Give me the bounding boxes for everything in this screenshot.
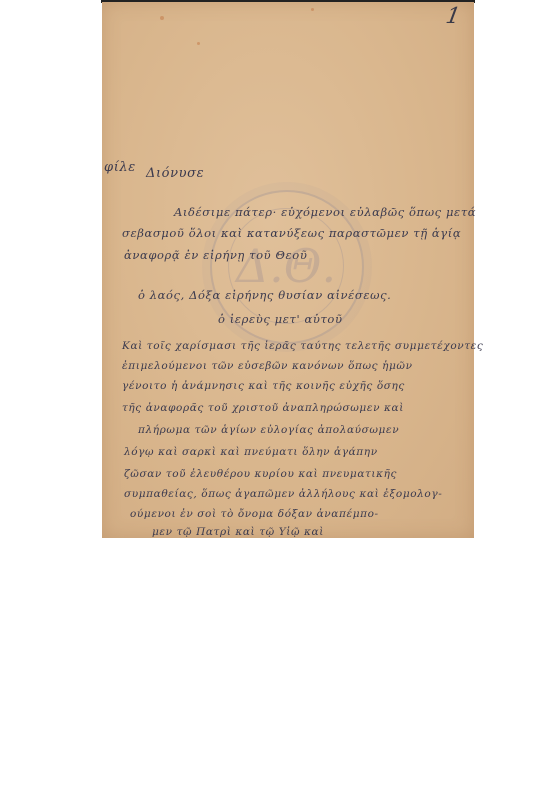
text-line: πλήρωμα τῶν ἁγίων εὐλογίας ἀπολαύσωμεν bbox=[138, 424, 399, 436]
text-line: Καὶ τοῖς χαρίσμασι τῆς ἱερᾶς ταύτης τελε… bbox=[122, 340, 483, 352]
manuscript-page: 1 Δ.Θ. φίλε Διόνυσε Αιδέσιμε πάτερ· εὐχό… bbox=[102, 2, 474, 538]
text-line: συμπαθείας, ὅπως ἀγαπῶμεν ἀλλήλους καὶ ἐ… bbox=[124, 488, 442, 500]
heading: Διόνυσε bbox=[146, 166, 204, 181]
text-line: γένοιτο ἡ ἀνάμνησις καὶ τῆς κοινῆς εὐχῆς… bbox=[122, 380, 405, 392]
text-line: ούμενοι ἐν σοὶ τὸ ὄνομα δόξαν ἀναπέμπο- bbox=[130, 508, 379, 520]
text-line: λόγῳ καὶ σαρκὶ καὶ πνεύματι ὅλην ἀγάπην bbox=[124, 446, 378, 458]
text-line: μεν τῷ Πατρὶ καὶ τῷ Υἱῷ καὶ bbox=[152, 526, 324, 538]
salutation: φίλε bbox=[104, 160, 136, 175]
stain bbox=[197, 42, 200, 45]
text-line: ὁ λαός, Δόξα εἰρήνης θυσίαν αἰνέσεως. bbox=[138, 288, 391, 302]
text-line: ἀναφορᾷ ἐν εἰρήνῃ τοῦ Θεοῦ bbox=[124, 248, 307, 262]
stain bbox=[311, 8, 314, 11]
page-number: 1 bbox=[444, 4, 462, 29]
text-line: ἐπιμελούμενοι τῶν εὐσεβῶν κανόνων ὅπως ἡ… bbox=[122, 360, 413, 372]
text-line: σεβασμοῦ ὅλοι καὶ κατανύξεως παραστῶμεν … bbox=[122, 226, 461, 240]
text-line: ὁ ἱερεὺς μετ' αὐτοῦ bbox=[218, 312, 343, 326]
stain bbox=[160, 16, 164, 20]
text-line: ζῶσαν τοῦ ἐλευθέρου κυρίου καὶ πνευματικ… bbox=[124, 468, 397, 480]
text-line: Αιδέσιμε πάτερ· εὐχόμενοι εὐλαβῶς ὅπως μ… bbox=[174, 205, 476, 219]
text-line: τῆς ἀναφορᾶς τοῦ χριστοῦ ἀναπληρώσωμεν κ… bbox=[122, 402, 404, 414]
